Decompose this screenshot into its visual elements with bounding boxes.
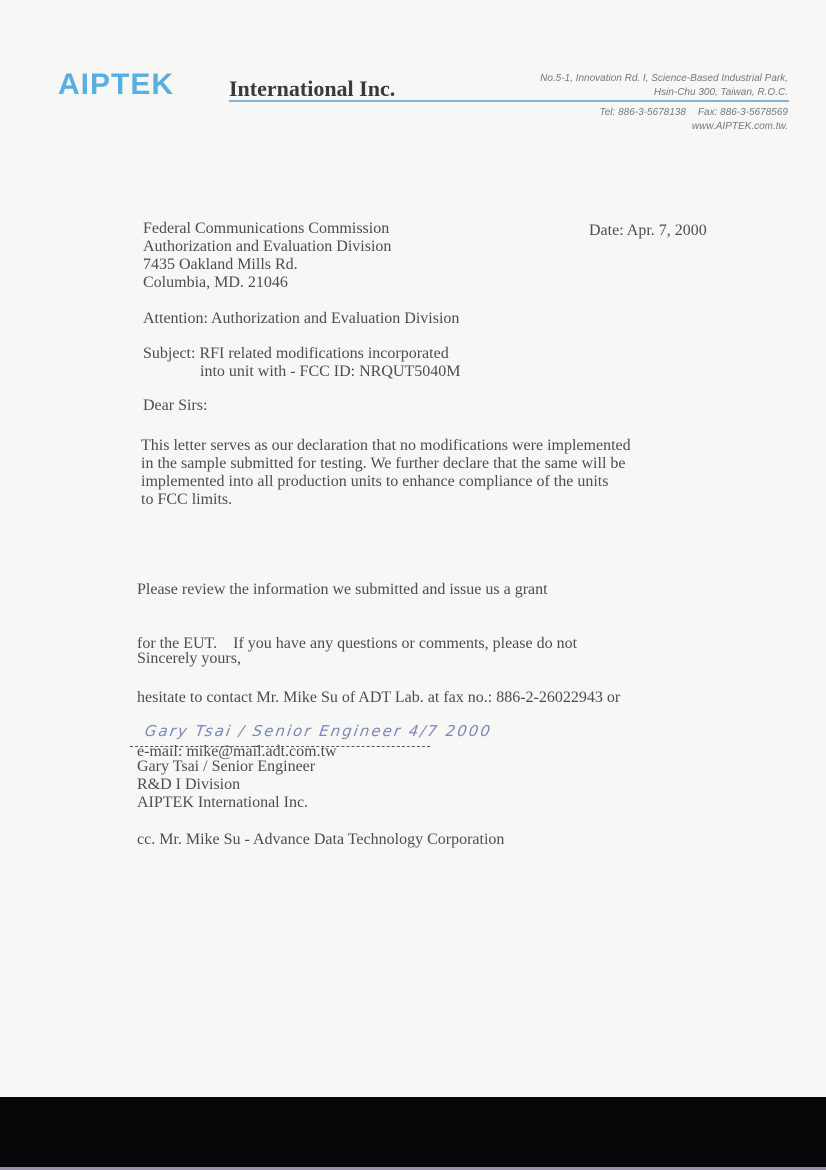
telephone: Tel: 886-3-5678138 xyxy=(600,107,686,118)
salutation: Dear Sirs: xyxy=(143,397,207,415)
company-address: No.5-1, Innovation Rd. I, Science-Based … xyxy=(540,72,788,100)
fax: Fax: 886-3-5678569 xyxy=(698,107,788,118)
closing: Sincerely yours, xyxy=(137,650,241,668)
website: www.AIPTEK.com.tw. xyxy=(600,120,788,134)
body-line: to FCC limits. xyxy=(141,491,631,509)
subject-line: into unit with - FCC ID: NRQUT5040M xyxy=(143,363,460,381)
recipient-line: Authorization and Evaluation Division xyxy=(143,238,391,256)
subject: Subject: RFI related modifications incor… xyxy=(143,345,460,381)
handwritten-signature: Gary Tsai / Senior Engineer 4/7 2000 xyxy=(144,722,493,740)
recipient-address: Federal Communications Commission Author… xyxy=(143,220,391,292)
recipient-line: 7435 Oakland Mills Rd. xyxy=(143,256,391,274)
subject-line: Subject: RFI related modifications incor… xyxy=(143,345,460,363)
body-line: This letter serves as our declaration th… xyxy=(141,437,631,455)
carbon-copy: cc. Mr. Mike Su - Advance Data Technolog… xyxy=(137,831,504,849)
signature-line xyxy=(130,746,430,747)
recipient-line: Federal Communications Commission xyxy=(143,220,391,238)
recipient-line: Columbia, MD. 21046 xyxy=(143,274,391,292)
body-line: Please review the information we submitt… xyxy=(137,581,620,599)
signer-line: AIPTEK International Inc. xyxy=(137,794,315,812)
letter-date: Date: Apr. 7, 2000 xyxy=(589,222,707,240)
address-line: No.5-1, Innovation Rd. I, Science-Based … xyxy=(540,72,788,86)
body-line: hesitate to contact Mr. Mike Su of ADT L… xyxy=(137,689,620,707)
body-paragraph-1: This letter serves as our declaration th… xyxy=(141,437,631,509)
company-name: International Inc. xyxy=(229,78,395,100)
company-logo: AIPTEK xyxy=(58,70,174,100)
signer-block: Gary Tsai / Senior Engineer R&D I Divisi… xyxy=(137,758,315,812)
signer-line: R&D I Division xyxy=(137,776,315,794)
body-line: in the sample submitted for testing. We … xyxy=(141,455,631,473)
body-line: implemented into all production units to… xyxy=(141,473,631,491)
letterhead-rule xyxy=(229,100,789,102)
signer-line: Gary Tsai / Senior Engineer xyxy=(137,758,315,776)
attention-line: Attention: Authorization and Evaluation … xyxy=(143,310,459,328)
scan-border xyxy=(0,1097,826,1167)
address-line: Hsin-Chu 300, Taiwan, R.O.C. xyxy=(540,86,788,100)
company-contact: Tel: 886-3-5678138Fax: 886-3-5678569 www… xyxy=(600,106,788,134)
